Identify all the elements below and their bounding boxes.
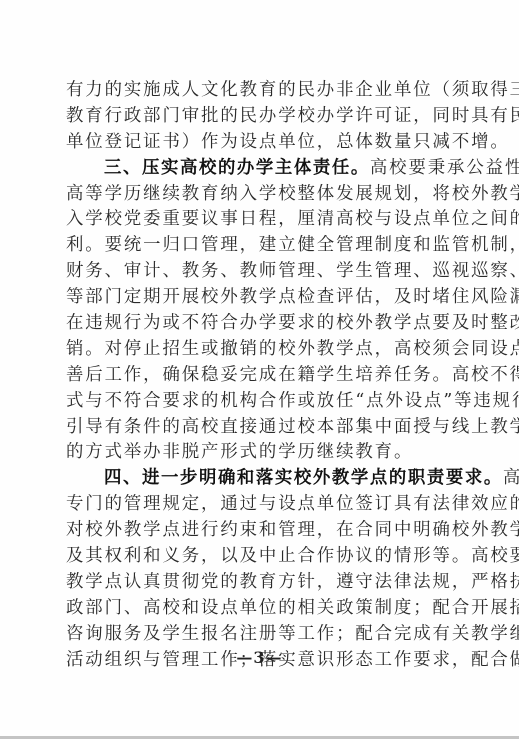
body-line: 等部门定期开展校外教学点检查评估，及时堵住风险漏洞。对存	[66, 285, 456, 311]
body-line: 教学点认真贯彻党的教育方针，遵守法律法规，严格执行教育行	[66, 570, 456, 596]
body-line: 及其权利和义务，以及中止合作协议的情形等。高校要指导校外	[66, 544, 456, 570]
section-three-heading: 三、压实高校的办学主体责任。	[104, 158, 370, 178]
body-line: 教育行政部门审批的民办学校办学许可证，同时具有民办非企业	[66, 104, 456, 130]
body-line: 财务、审计、教务、教师管理、学生管理、巡视巡察、纪检监察	[66, 259, 456, 285]
section-three-first-line: 三、压实高校的办学主体责任。高校要秉承公益性原则，将	[66, 156, 456, 182]
document-body: 有力的实施成人文化教育的民办非企业单位（须取得三年以上经 教育行政部门审批的民办…	[66, 78, 456, 673]
document-page: 有力的实施成人文化教育的民办非企业单位（须取得三年以上经 教育行政部门审批的民办…	[0, 0, 519, 736]
body-line: 在违规行为或不符合办学要求的校外教学点要及时整改或者撤	[66, 311, 456, 337]
body-line: 的方式举办非脱产形式的学历继续教育。	[66, 440, 456, 466]
page-number: —3—	[0, 648, 519, 667]
body-text: 高校应制定	[503, 468, 519, 488]
body-line: 入学校党委重要议事日程，厘清高校与设点单位之间的责、权、	[66, 207, 456, 233]
body-line: 引导有条件的高校直接通过校本部集中面授与线上教学相结合	[66, 415, 456, 441]
body-line: 对校外教学点进行约束和管理，在合同中明确校外教学点的职责	[66, 518, 456, 544]
body-line: 高等学历继续教育纳入学校整体发展规划，将校外教学点建设纳	[66, 182, 456, 208]
body-line: 政部门、高校和设点单位的相关政策制度；配合开展招生宣传、	[66, 596, 456, 622]
section-four-heading: 四、进一步明确和落实校外教学点的职责要求。	[104, 468, 503, 488]
body-line: 销。对停止招生或撤销的校外教学点，高校须会同设点单位做好	[66, 337, 456, 363]
body-line: 咨询服务及学生报名注册等工作；配合完成有关教学组织、学生	[66, 622, 456, 648]
body-line: 利。要统一归口管理，建立健全管理制度和监管机制，联合学校	[66, 233, 456, 259]
body-line: 式与不符合要求的机构合作或放任“点外设点”等违规行为。支持、	[66, 389, 456, 415]
section-four-first-line: 四、进一步明确和落实校外教学点的职责要求。高校应制定	[66, 466, 456, 492]
body-text: 高校要秉承公益性原则，将	[370, 158, 519, 178]
body-line: 单位登记证书）作为设点单位，总体数量只减不增。	[66, 130, 456, 156]
body-line: 有力的实施成人文化教育的民办非企业单位（须取得三年以上经	[66, 78, 456, 104]
body-line: 善后工作，确保稳妥完成在籍学生培养任务。高校不得以任何形	[66, 363, 456, 389]
body-line: 专门的管理规定，通过与设点单位签订具有法律效应的合同方式	[66, 492, 456, 518]
